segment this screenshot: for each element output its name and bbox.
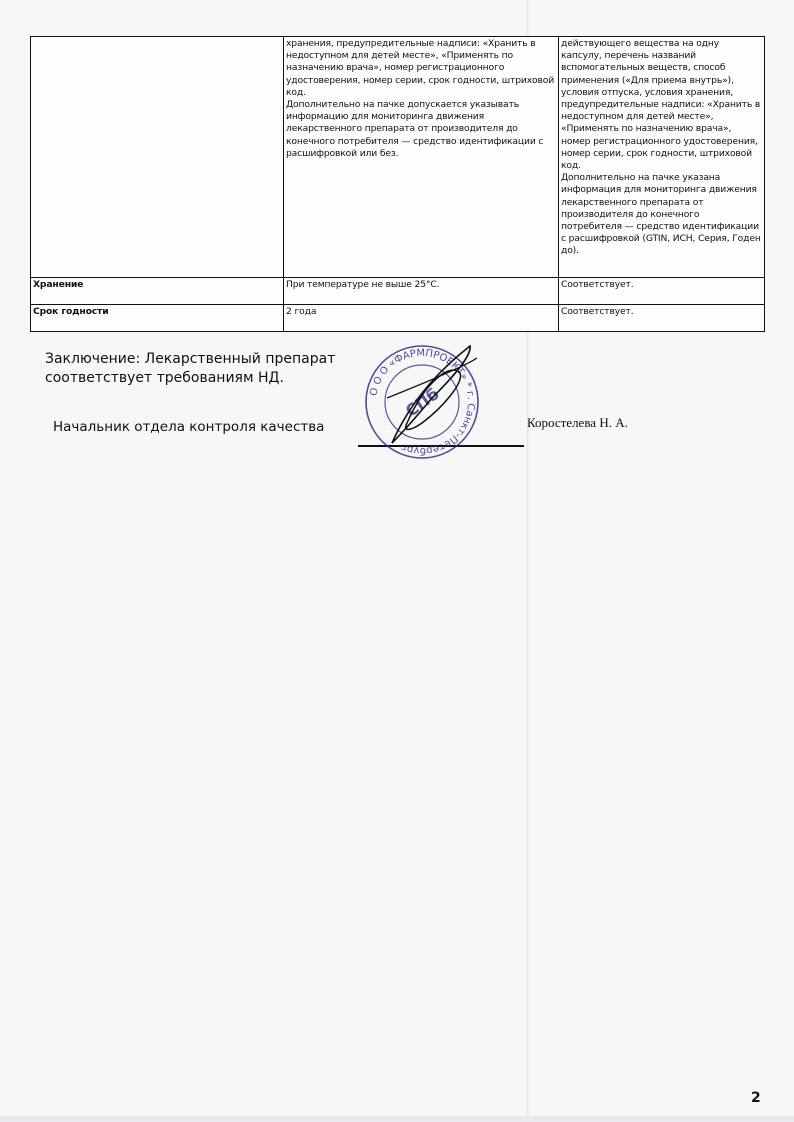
- table-row: хранения, предупредительные надписи: «Хр…: [31, 37, 765, 278]
- table-row: Срок годности 2 года Соответствует.: [31, 305, 765, 332]
- requirement-cell: При температуре не выше 25°C.: [284, 278, 559, 305]
- row-label: Срок годности: [31, 305, 284, 332]
- result-cell: Соответствует.: [559, 305, 765, 332]
- row-label: Хранение: [31, 278, 284, 305]
- signatory-name: Коростелева Н. А.: [527, 415, 628, 431]
- specification-table: хранения, предупредительные надписи: «Хр…: [30, 36, 765, 332]
- result-cell: Соответствует.: [559, 278, 765, 305]
- company-stamp-icon: О О О «ФАРМПРОЕКТ» * г. Санкт-Петербург …: [352, 338, 492, 466]
- requirement-cell: 2 года: [284, 305, 559, 332]
- requirement-cell: хранения, предупредительные надписи: «Хр…: [284, 37, 559, 278]
- table-row: Хранение При температуре не выше 25°C. С…: [31, 278, 765, 305]
- row-label: [31, 37, 284, 278]
- result-cell: действующего вещества на одну капсулу, п…: [559, 37, 765, 278]
- page-edge: [0, 1116, 794, 1122]
- signatory-title: Начальник отдела контроля качества: [53, 419, 324, 435]
- page-number: 2: [751, 1090, 761, 1106]
